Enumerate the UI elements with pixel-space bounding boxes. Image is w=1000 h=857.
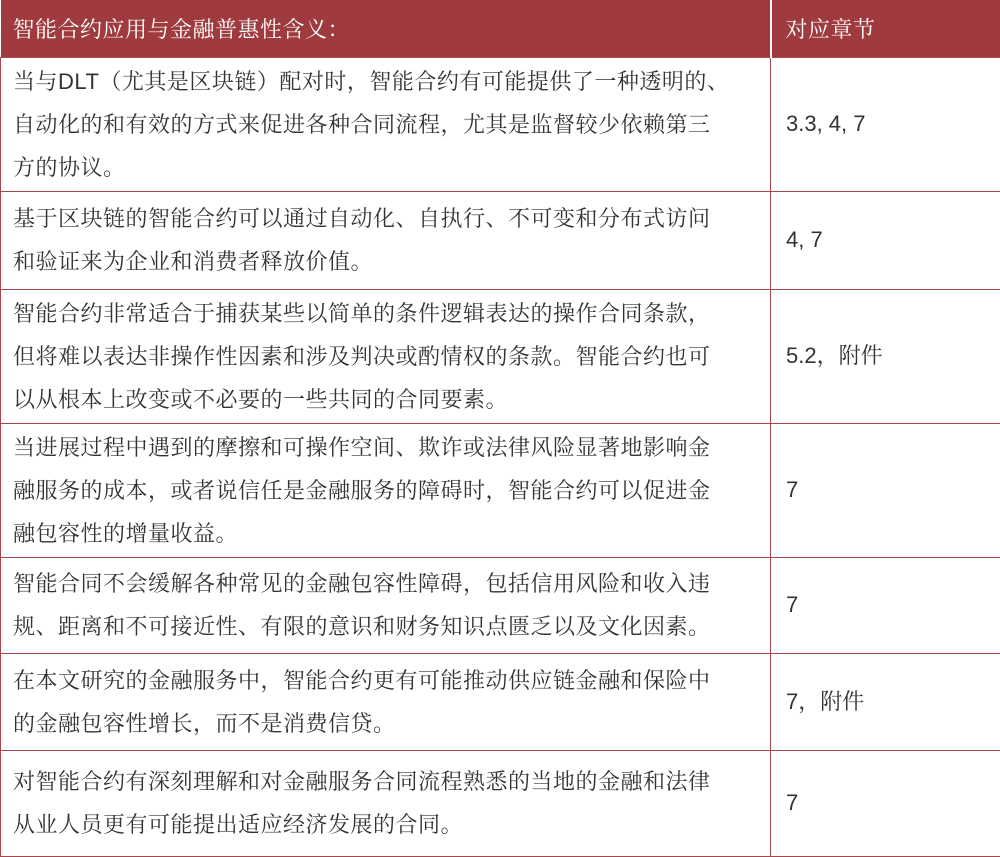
table-row: 智能合同不会缓解各种常见的金融包容性障碍，包括信用风险和收入违 规、距离和不可接…	[1, 557, 1000, 653]
section-ref-cell: 3.3, 4, 7	[771, 57, 1000, 191]
implications-table: 智能合约应用与金融普惠性含义： 对应章节 当与DLT（尤其是区块链）配对时，智能…	[0, 0, 1000, 857]
section-ref-cell: 4, 7	[771, 191, 1000, 289]
implication-text-cell: 基于区块链的智能合约可以通过自动化、自执行、不可变和分布式访问 和验证来为企业和…	[1, 191, 771, 289]
table-header-row: 智能合约应用与金融普惠性含义： 对应章节	[1, 0, 1000, 57]
section-ref-cell: 5.2，附件	[771, 289, 1000, 423]
table-row: 当与DLT（尤其是区块链）配对时，智能合约有可能提供了一种透明的、 自动化的和有…	[1, 57, 1000, 191]
header-cell-sections: 对应章节	[771, 0, 1000, 57]
section-ref-cell: 7	[771, 557, 1000, 653]
section-ref-cell: 7	[771, 423, 1000, 557]
implication-text-cell: 对智能合约有深刻理解和对金融服务合同流程熟悉的当地的金融和法律 从业人员更有可能…	[1, 750, 771, 856]
table-row: 基于区块链的智能合约可以通过自动化、自执行、不可变和分布式访问 和验证来为企业和…	[1, 191, 1000, 289]
table-row: 在本文研究的金融服务中，智能合约更有可能推动供应链金融和保险中 的金融包容性增长…	[1, 653, 1000, 750]
table-row: 智能合约非常适合于捕获某些以简单的条件逻辑表达的操作合同条款， 但将难以表达非操…	[1, 289, 1000, 423]
table-row: 当进展过程中遇到的摩擦和可操作空间、欺诈或法律风险显著地影响金 融服务的成本，或…	[1, 423, 1000, 557]
table-row: 对智能合约有深刻理解和对金融服务合同流程熟悉的当地的金融和法律 从业人员更有可能…	[1, 750, 1000, 856]
section-ref-cell: 7	[771, 750, 1000, 856]
section-ref-cell: 7，附件	[771, 653, 1000, 750]
implication-text-cell: 当与DLT（尤其是区块链）配对时，智能合约有可能提供了一种透明的、 自动化的和有…	[1, 57, 771, 191]
implication-text-cell: 当进展过程中遇到的摩擦和可操作空间、欺诈或法律风险显著地影响金 融服务的成本，或…	[1, 423, 771, 557]
implication-text-cell: 智能合同不会缓解各种常见的金融包容性障碍，包括信用风险和收入违 规、距离和不可接…	[1, 557, 771, 653]
implication-text-cell: 智能合约非常适合于捕获某些以简单的条件逻辑表达的操作合同条款， 但将难以表达非操…	[1, 289, 771, 423]
implication-text-cell: 在本文研究的金融服务中，智能合约更有可能推动供应链金融和保险中 的金融包容性增长…	[1, 653, 771, 750]
header-cell-implications: 智能合约应用与金融普惠性含义：	[1, 0, 771, 57]
